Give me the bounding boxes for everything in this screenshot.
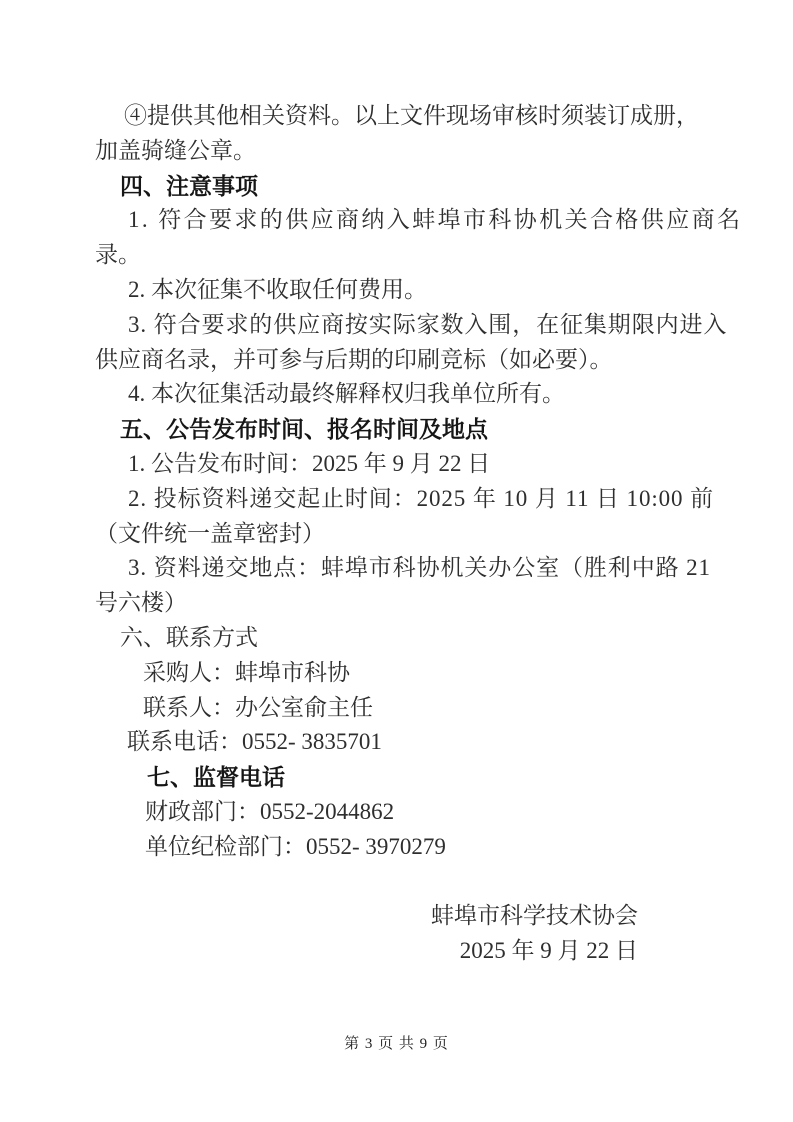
section5-item3-address-line1: 3. 资料递交地点：蚌埠市科协机关办公室（胜利中路 21 xyxy=(128,551,713,586)
heading-section-6-contact: 六、联系方式 xyxy=(120,621,713,656)
signature-organization: 蚌埠市科学技术协会 xyxy=(95,899,638,934)
section7-discipline-phone: 单位纪检部门：0552- 3970279 xyxy=(145,830,713,865)
heading-section-4-notes: 四、注意事项 xyxy=(120,169,713,204)
heading-section-7-supervision: 七、监督电话 xyxy=(147,760,713,795)
section4-item3-line1: 3. 符合要求的供应商按实际家数入围，在征集期限内进入 xyxy=(128,308,713,343)
document-page: ④提供其他相关资料。以上文件现场审核时须装订成册， 加盖骑缝公章。 四、注意事项… xyxy=(0,0,793,1122)
section4-item1-line1: 1. 符合要求的供应商纳入蚌埠市科协机关合格供应商名 xyxy=(128,203,713,238)
page-number-indicator: 第 3 页 共 9 页 xyxy=(344,1036,449,1052)
para-attachment-requirement-line2: 加盖骑缝公章。 xyxy=(95,134,713,169)
section4-item4: 4. 本次征集活动最终解释权归我单位所有。 xyxy=(128,377,713,412)
signature-date: 2025 年 9 月 22 日 xyxy=(95,934,638,969)
section5-item3-address-line2: 号六楼） xyxy=(95,586,713,621)
section5-item2-deadline-line1: 2. 投标资料递交起止时间：2025 年 10 月 11 日 10:00 前 xyxy=(128,482,713,517)
section4-item3-line2: 供应商名录，并可参与后期的印刷竞标（如必要）。 xyxy=(95,343,713,378)
section6-contact-person: 联系人：办公室俞主任 xyxy=(143,691,713,726)
blank-line xyxy=(95,865,713,900)
page-footer: 第 3 页 共 9 页 xyxy=(0,1034,793,1054)
section6-contact-phone: 联系电话：0552- 3835701 xyxy=(127,725,713,760)
section4-item2: 2. 本次征集不收取任何费用。 xyxy=(128,273,713,308)
section5-item1-announce-date: 1. 公告发布时间：2025 年 9 月 22 日 xyxy=(128,447,713,482)
section6-buyer: 采购人：蚌埠市科协 xyxy=(143,656,713,691)
section7-finance-phone: 财政部门：0552-2044862 xyxy=(145,795,713,830)
heading-section-5-schedule: 五、公告发布时间、报名时间及地点 xyxy=(120,412,713,447)
section4-item1-line2: 录。 xyxy=(95,238,713,273)
signature-block: 蚌埠市科学技术协会 2025 年 9 月 22 日 xyxy=(95,899,713,969)
para-attachment-requirement-line1: ④提供其他相关资料。以上文件现场审核时须装订成册， xyxy=(124,99,713,134)
section5-item2-deadline-line2: （文件统一盖章密封） xyxy=(95,517,713,552)
document-body: ④提供其他相关资料。以上文件现场审核时须装订成册， 加盖骑缝公章。 四、注意事项… xyxy=(95,99,713,969)
